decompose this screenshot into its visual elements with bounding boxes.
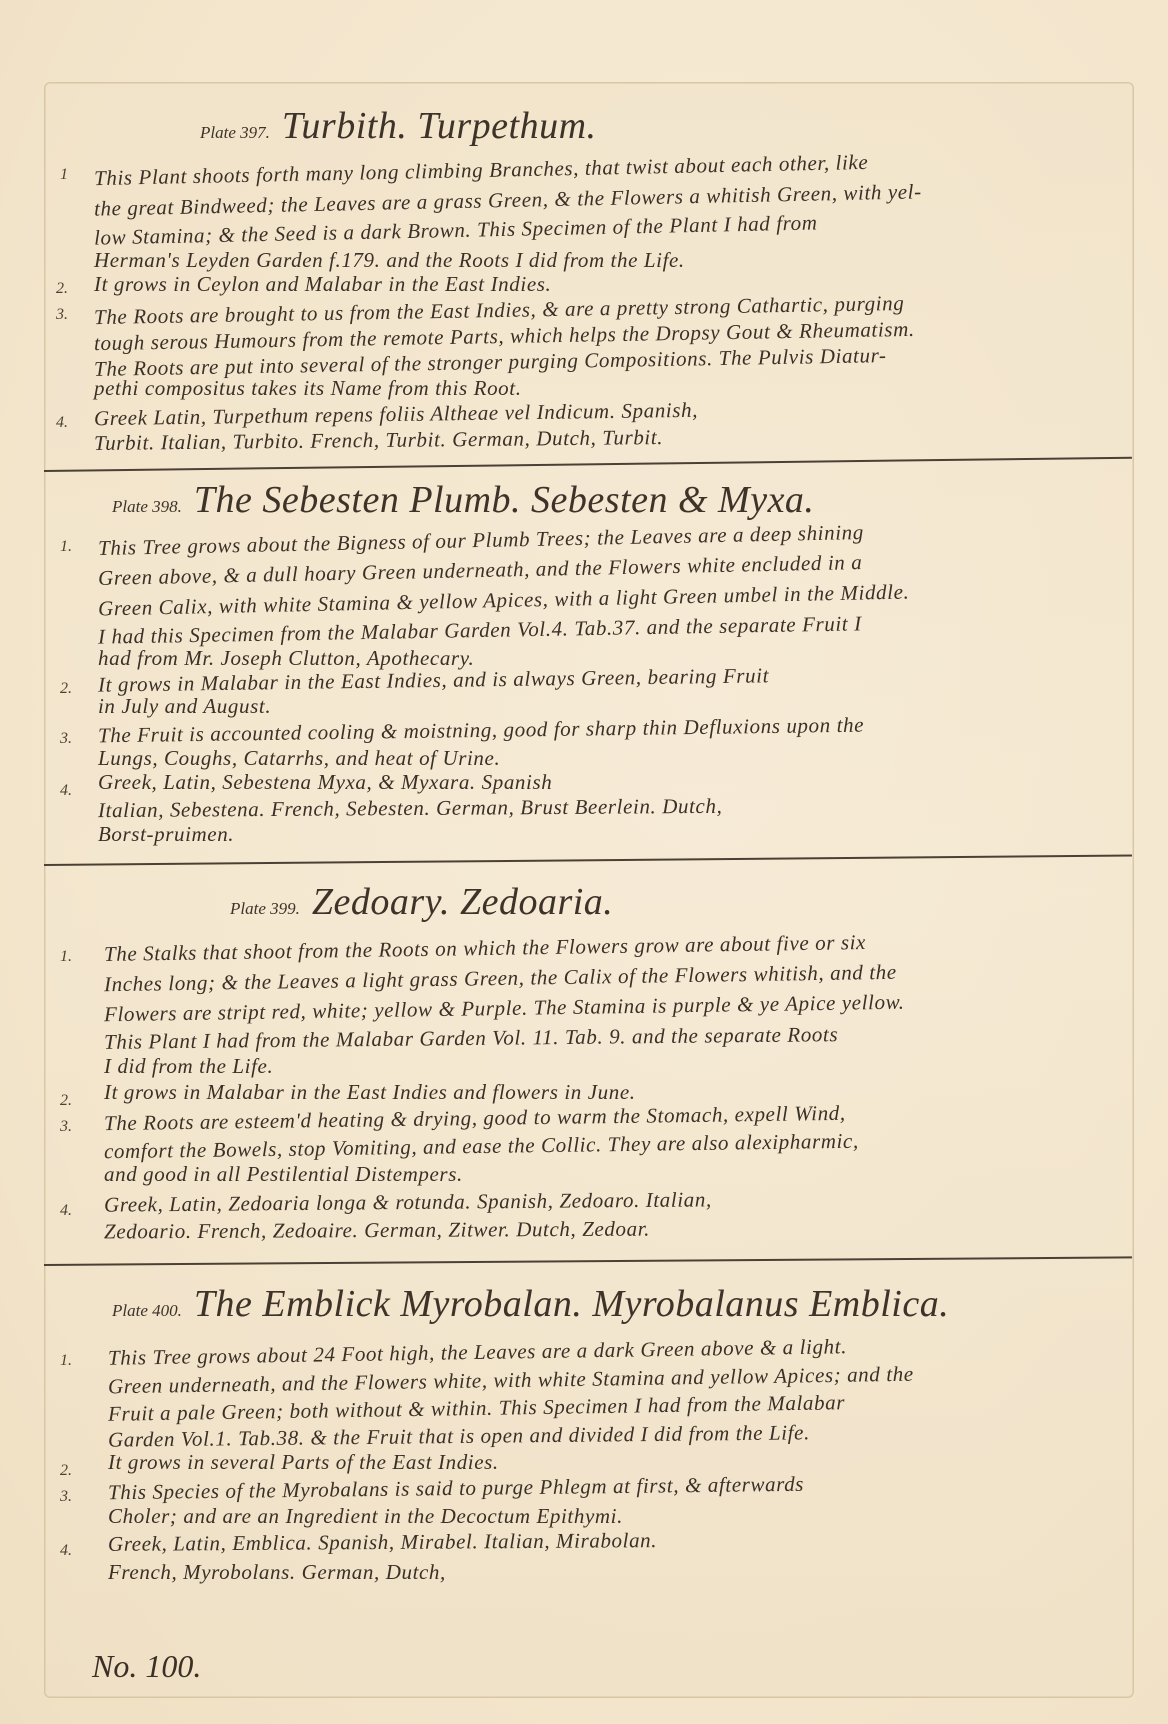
text-line: Lungs, Coughs, Catarrhs, and heat of Uri…: [98, 746, 500, 771]
text-line: and good in all Pestilential Distempers.: [104, 1162, 463, 1187]
section-heading: Plate 398. The Sebesten Plumb. Sebesten …: [112, 478, 814, 522]
plant-title: The Sebesten Plumb. Sebesten & Myxa.: [194, 479, 815, 521]
text-line: French, Myrobolans. German, Dutch,: [108, 1560, 446, 1585]
plate-label: Plate 400.: [112, 1301, 182, 1320]
text-line: Greek, Latin, Zedoaria longa & rotunda. …: [104, 1187, 712, 1217]
item-number: 1: [44, 166, 68, 184]
item-number: 3.: [48, 1488, 72, 1506]
item-number: 1.: [48, 538, 72, 556]
text-line: Choler; and are an Ingredient in the Dec…: [108, 1504, 623, 1529]
section-heading: Plate 397. Turbith. Turpethum.: [200, 104, 597, 148]
text-line: Herman's Leyden Garden f.179. and the Ro…: [94, 248, 685, 273]
item-number: 1.: [48, 1352, 72, 1370]
text-line: It grows in several Parts of the East In…: [108, 1450, 499, 1475]
plant-title: Zedoary. Zedoaria.: [312, 881, 613, 923]
item-number: 3.: [48, 1118, 72, 1136]
item-number: 1.: [48, 948, 72, 966]
text-line: It grows in Ceylon and Malabar in the Ea…: [94, 272, 551, 297]
plant-title: Turbith. Turpethum.: [282, 105, 597, 147]
text-line: Greek, Latin, Sebestena Myxa, & Myxara. …: [98, 770, 552, 795]
item-number: 4.: [48, 782, 72, 800]
text-line: Italian, Sebestena. French, Sebesten. Ge…: [98, 794, 723, 823]
item-number: 2.: [48, 680, 72, 698]
item-number: 3.: [48, 730, 72, 748]
text-line: Borst-pruimen.: [98, 822, 234, 847]
item-number: 4.: [48, 1542, 72, 1560]
text-line: in July and August.: [98, 694, 271, 719]
item-number: 3.: [44, 306, 68, 324]
item-number: 2.: [48, 1462, 72, 1480]
plate-label: Plate 399.: [230, 899, 300, 918]
text-line: I did from the Life.: [104, 1054, 273, 1079]
section-heading: Plate 400. The Emblick Myrobalan. Myroba…: [112, 1282, 949, 1326]
item-number: 2.: [48, 1092, 72, 1110]
text-line: Greek, Latin, Emblica. Spanish, Mirabel.…: [108, 1528, 657, 1557]
item-number: 4.: [48, 1202, 72, 1220]
text-line: pethi compositus takes its Name from thi…: [94, 376, 522, 401]
plant-title: The Emblick Myrobalan. Myrobalanus Embli…: [194, 1283, 949, 1325]
text-line: It grows in Malabar in the East Indies a…: [104, 1080, 636, 1105]
plate-label: Plate 397.: [200, 123, 270, 142]
section-heading: Plate 399. Zedoary. Zedoaria.: [230, 880, 613, 924]
item-number: 4.: [44, 414, 68, 432]
item-number: 2.: [44, 280, 68, 298]
plate-number: No. 100.: [92, 1648, 201, 1685]
plate-label: Plate 398.: [112, 497, 182, 516]
text-line: Zedoario. French, Zedoaire. German, Zitw…: [104, 1217, 650, 1245]
